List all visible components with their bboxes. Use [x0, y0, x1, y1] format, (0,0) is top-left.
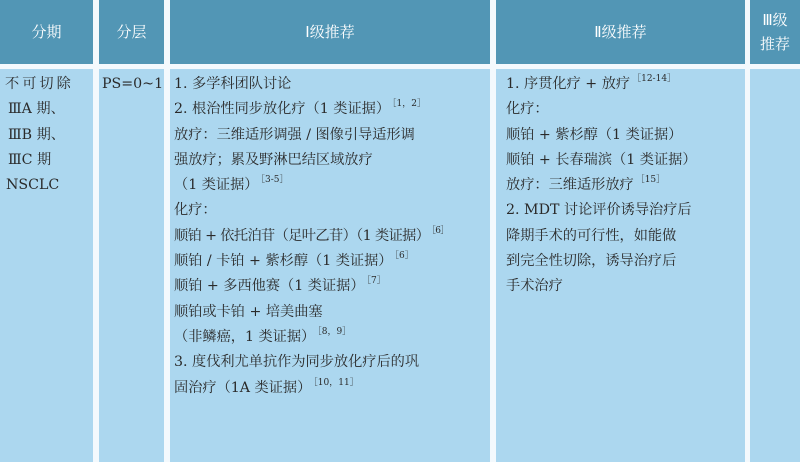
citation: ［6］ [395, 251, 414, 261]
level2-text: 顺铂 + 紫杉醇（1 类证据） [506, 127, 682, 143]
citation: ［7］ [367, 276, 386, 286]
level2-text: 2. MDT 讨论评价诱导治疗后 [506, 202, 692, 218]
level2-text: 手术治疗 [506, 278, 563, 294]
level1-line: 化疗： [174, 198, 490, 223]
level2-line: 顺铂 + 长春瑞滨（1 类证据） [506, 148, 745, 173]
level1-text: 顺铂 / 卡铂 + 紫杉醇（1 类证据） [174, 253, 393, 269]
citation: ［3-5］ [260, 175, 288, 185]
stratification-value: PS=0~1 [102, 72, 164, 97]
header-level3: Ⅲ级 推荐 [750, 0, 800, 64]
cell-level1: 1. 多学科团队讨论 2. 根治性同步放化疗（1 类证据）［1，2］ 放疗：三维… [170, 69, 490, 462]
cell-stage: 不可切除 ⅢA 期、 ⅢB 期、 ⅢC 期 NSCLC [0, 69, 93, 462]
level1-text: 顺铂或卡铂 + 培美曲塞 [174, 304, 323, 320]
stage-line: 不可切除 [5, 72, 93, 97]
citation: ［15］ [636, 175, 665, 185]
level2-line: 手术治疗 [506, 274, 745, 299]
stage-line: ⅢC 期 [5, 148, 93, 173]
level1-text: 化疗： [174, 202, 217, 218]
level1-line: 1. 多学科团队讨论 [174, 72, 490, 97]
level2-line: 放疗：三维适形放疗［15］ [506, 173, 745, 198]
level2-text: 1. 序贯化疗 + 放疗 [506, 76, 630, 92]
level2-line: 1. 序贯化疗 + 放疗［12-14］ [506, 72, 745, 97]
header-stratification: 分层 [99, 0, 164, 64]
header-stage-label: 分期 [31, 20, 61, 44]
level2-line: 降期手术的可行性，如能做 [506, 224, 745, 249]
level1-line: 顺铂 + 多西他赛（1 类证据）［7］ [174, 274, 490, 299]
citation: ［8，9］ [317, 327, 351, 337]
level2-text: 放疗：三维适形放疗 [506, 177, 634, 193]
level2-line: 化疗： [506, 97, 745, 122]
level1-text: 顺铂 + 多西他赛（1 类证据） [174, 278, 365, 294]
header-level1-label: Ⅰ级推荐 [305, 20, 354, 44]
header-level3-line2: 推荐 [760, 32, 790, 56]
level1-text: 强放疗；累及野淋巴结区域放疗 [174, 152, 373, 168]
level1-line: （1 类证据）［3-5］ [174, 173, 490, 198]
cell-level3 [750, 69, 800, 462]
citation: ［1，2］ [392, 99, 426, 109]
level1-text: 2. 根治性同步放化疗（1 类证据） [174, 101, 390, 117]
header-stage: 分期 [0, 0, 93, 64]
level2-text: 化疗： [506, 101, 549, 117]
cell-stratification: PS=0~1 [99, 69, 164, 462]
level1-line: 顺铂 + 依托泊苷（足叶乙苷）（1 类证据）［6］ [174, 224, 490, 249]
stage-line: ⅢA 期、 [5, 97, 93, 122]
citation: ［6］ [431, 226, 448, 236]
stage-line: NSCLC [5, 173, 93, 198]
header-level3-line1: Ⅲ级 [762, 8, 787, 32]
level1-line: 顺铂 / 卡铂 + 紫杉醇（1 类证据）［6］ [174, 249, 490, 274]
level1-text: 1. 多学科团队讨论 [174, 76, 291, 92]
cell-level2: 1. 序贯化疗 + 放疗［12-14］ 化疗： 顺铂 + 紫杉醇（1 类证据） … [496, 69, 745, 462]
level2-line: 2. MDT 讨论评价诱导治疗后 [506, 198, 745, 223]
level1-line: 3. 度伐利尤单抗作为同步放化疗后的巩 [174, 350, 490, 375]
level2-text: 顺铂 + 长春瑞滨（1 类证据） [506, 152, 697, 168]
level1-line: 顺铂或卡铂 + 培美曲塞 [174, 300, 490, 325]
stage-line: ⅢB 期、 [5, 123, 93, 148]
level2-line: 到完全性切除，诱导治疗后 [506, 249, 745, 274]
level2-text: 降期手术的可行性，如能做 [506, 228, 676, 244]
citation: ［10，11］ [313, 378, 358, 388]
level1-line: （非鳞癌，1 类证据）［8，9］ [174, 325, 490, 350]
level1-line: 固治疗（1A 类证据）［10，11］ [174, 376, 490, 401]
level1-text: （1 类证据） [174, 177, 258, 193]
level1-text: 顺铂 + 依托泊苷（足叶乙苷）（1 类证据） [174, 228, 429, 244]
level1-line: 放疗：三维适形调强 / 图像引导适形调 [174, 123, 490, 148]
level1-text: 固治疗（1A 类证据） [174, 380, 311, 396]
level1-text: （非鳞癌，1 类证据） [174, 329, 315, 345]
level2-text: 到完全性切除，诱导治疗后 [506, 253, 676, 269]
level2-line: 顺铂 + 紫杉醇（1 类证据） [506, 123, 745, 148]
level1-line: 强放疗；累及野淋巴结区域放疗 [174, 148, 490, 173]
level1-text: 放疗：三维适形调强 / 图像引导适形调 [174, 127, 415, 143]
level1-line: 2. 根治性同步放化疗（1 类证据）［1，2］ [174, 97, 490, 122]
citation: ［12-14］ [632, 74, 676, 84]
level1-text: 3. 度伐利尤单抗作为同步放化疗后的巩 [174, 354, 419, 370]
header-stratification-label: 分层 [116, 20, 146, 44]
header-level2: Ⅱ级推荐 [496, 0, 745, 64]
header-level2-label: Ⅱ级推荐 [594, 20, 646, 44]
header-level1: Ⅰ级推荐 [170, 0, 490, 64]
